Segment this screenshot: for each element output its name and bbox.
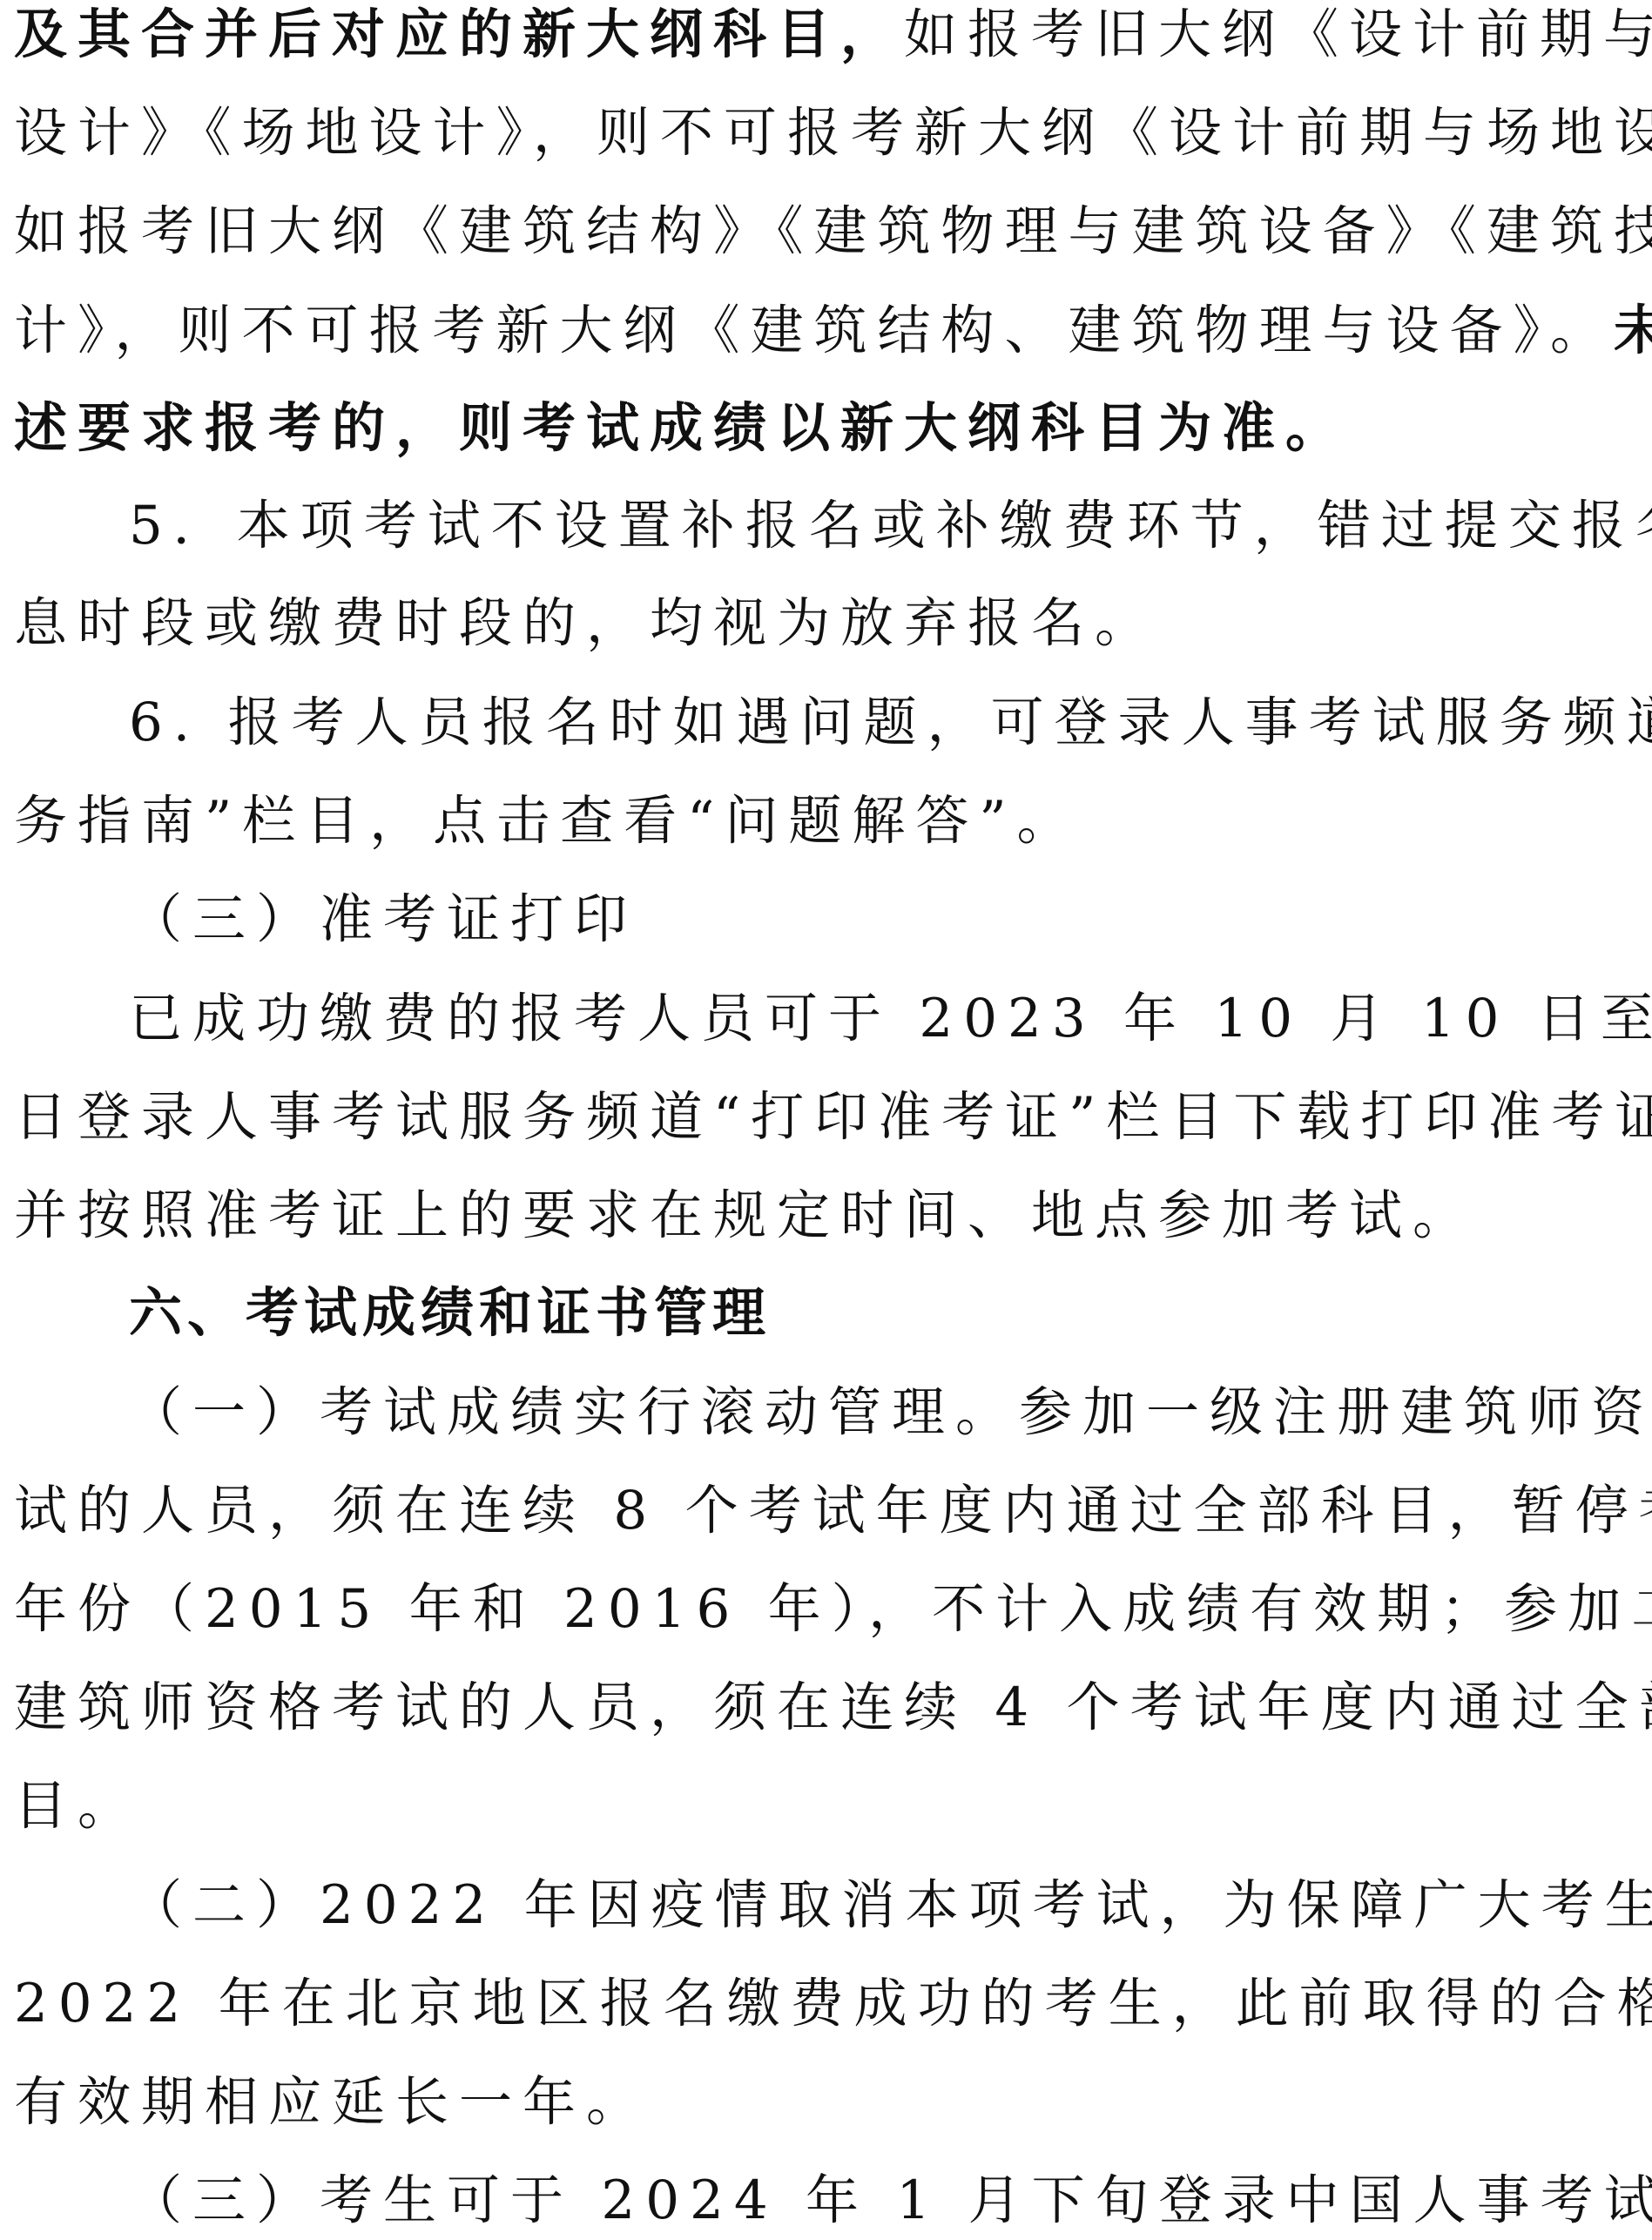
text-run: 6. 报考人员报名时如遇问题，可登录人事考试服务频道“服 — [129, 692, 1652, 753]
list-item-5: 5．本项考试不设置补报名或补缴费环节，错过提交报名信 — [14, 491, 1638, 561]
text-run: 5．本项考试不设置补报名或补缴费环节，错过提交报名信 — [129, 495, 1652, 557]
text-run: 有效期相应延长一年。 — [14, 2071, 650, 2133]
text-run: 已成功缴费的报考人员可于 2023 年 10 月 10 日至 10 月 15 — [129, 988, 1652, 1049]
subheading-text: （三）准考证打印 — [129, 888, 637, 950]
text-run: （二）2022 年因疫情取消本项考试，为保障广大考生权益， — [129, 1874, 1652, 1936]
section-subheading: （三）准考证打印 — [14, 885, 1638, 955]
text-line: 务指南”栏目，点击查看“问题解答”。 — [14, 786, 1638, 856]
text-line: 有效期相应延长一年。 — [14, 2068, 1638, 2137]
text-run: 年份（2015 年和 2016 年），不计入成绩有效期；参加二级注册 — [14, 1578, 1652, 1640]
text-line: 目。 — [14, 1771, 1638, 1841]
text-line: 试的人员，须在连续 8 个考试年度内通过全部科目，暂停考试的 — [14, 1476, 1638, 1546]
section-heading: 六、考试成绩和证书管理 — [14, 1279, 1638, 1348]
list-item-6: 6. 报考人员报名时如遇问题，可登录人事考试服务频道“服 — [14, 688, 1638, 758]
document-page: 及其合并后对应的新大纲科目，如报考旧大纲《设计前期与场地 设计》《场地设计》，则… — [0, 0, 1652, 2240]
text-run: 2022 年在北京地区报名缴费成功的考生，此前取得的合格成绩 — [14, 1973, 1652, 2034]
text-run: 如报考旧大纲《设计前期与场地 — [904, 3, 1652, 65]
heading-text: 六、考试成绩和证书管理 — [129, 1282, 771, 1344]
text-line: 及其合并后对应的新大纲科目，如报考旧大纲《设计前期与场地 — [14, 0, 1638, 70]
text-run: （一）考试成绩实行滚动管理。参加一级注册建筑师资格考 — [129, 1381, 1652, 1443]
text-line: （二）2022 年因疫情取消本项考试，为保障广大考生权益， — [14, 1871, 1638, 1940]
bold-run: 述要求报考的，则考试成绩以新大纲科目为准。 — [14, 397, 1349, 459]
text-line: 日登录人事考试服务频道“打印准考证”栏目下载打印准考证， — [14, 1083, 1638, 1152]
text-line: 如报考旧大纲《建筑结构》《建筑物理与建筑设备》《建筑技术设 — [14, 197, 1638, 267]
text-run: 试的人员，须在连续 8 个考试年度内通过全部科目，暂停考试的 — [14, 1480, 1652, 1542]
text-run: （三）考生可于 2024 年 1 月下旬登录中国人事考试网查询 — [129, 2169, 1652, 2231]
text-line: 2022 年在北京地区报名缴费成功的考生，此前取得的合格成绩 — [14, 1969, 1638, 2039]
text-run: 建筑师资格考试的人员，须在连续 4 个考试年度内通过全部科 — [14, 1677, 1652, 1738]
text-line: 述要求报考的，则考试成绩以新大纲科目为准。 — [14, 394, 1638, 463]
bold-run: 及其合并后对应的新大纲科目， — [14, 3, 904, 65]
text-run: 息时段或缴费时段的，均视为放弃报名。 — [14, 592, 1158, 654]
text-line: 设计》《场地设计》，则不可报考新大纲《设计前期与场地设计》； — [14, 98, 1638, 168]
text-line: 计》，则不可报考新大纲《建筑结构、建筑物理与设备》。未按上 — [14, 296, 1638, 366]
text-line: 建筑师资格考试的人员，须在连续 4 个考试年度内通过全部科 — [14, 1673, 1638, 1743]
text-run: 计》，则不可报考新大纲《建筑结构、建筑物理与设备》。 — [14, 300, 1614, 361]
text-line: （三）考生可于 2024 年 1 月下旬登录中国人事考试网查询 — [14, 2166, 1638, 2236]
bold-run: 未按上 — [1614, 300, 1652, 361]
text-line: 年份（2015 年和 2016 年），不计入成绩有效期；参加二级注册 — [14, 1575, 1638, 1644]
text-line: 并按照准考证上的要求在规定时间、地点参加考试。 — [14, 1181, 1638, 1251]
text-line: 息时段或缴费时段的，均视为放弃报名。 — [14, 589, 1638, 658]
text-run: 目。 — [14, 1775, 141, 1837]
text-line: 已成功缴费的报考人员可于 2023 年 10 月 10 日至 10 月 15 — [14, 984, 1638, 1054]
text-run: 设计》《场地设计》，则不可报考新大纲《设计前期与场地设计》； — [14, 102, 1652, 164]
text-run: 并按照准考证上的要求在规定时间、地点参加考试。 — [14, 1184, 1476, 1246]
text-run: 日登录人事考试服务频道“打印准考证”栏目下载打印准考证， — [14, 1086, 1652, 1148]
text-line: （一）考试成绩实行滚动管理。参加一级注册建筑师资格考 — [14, 1378, 1638, 1447]
text-run: 如报考旧大纲《建筑结构》《建筑物理与建筑设备》《建筑技术设 — [14, 200, 1652, 262]
text-run: 务指南”栏目，点击查看“问题解答”。 — [14, 790, 1081, 852]
